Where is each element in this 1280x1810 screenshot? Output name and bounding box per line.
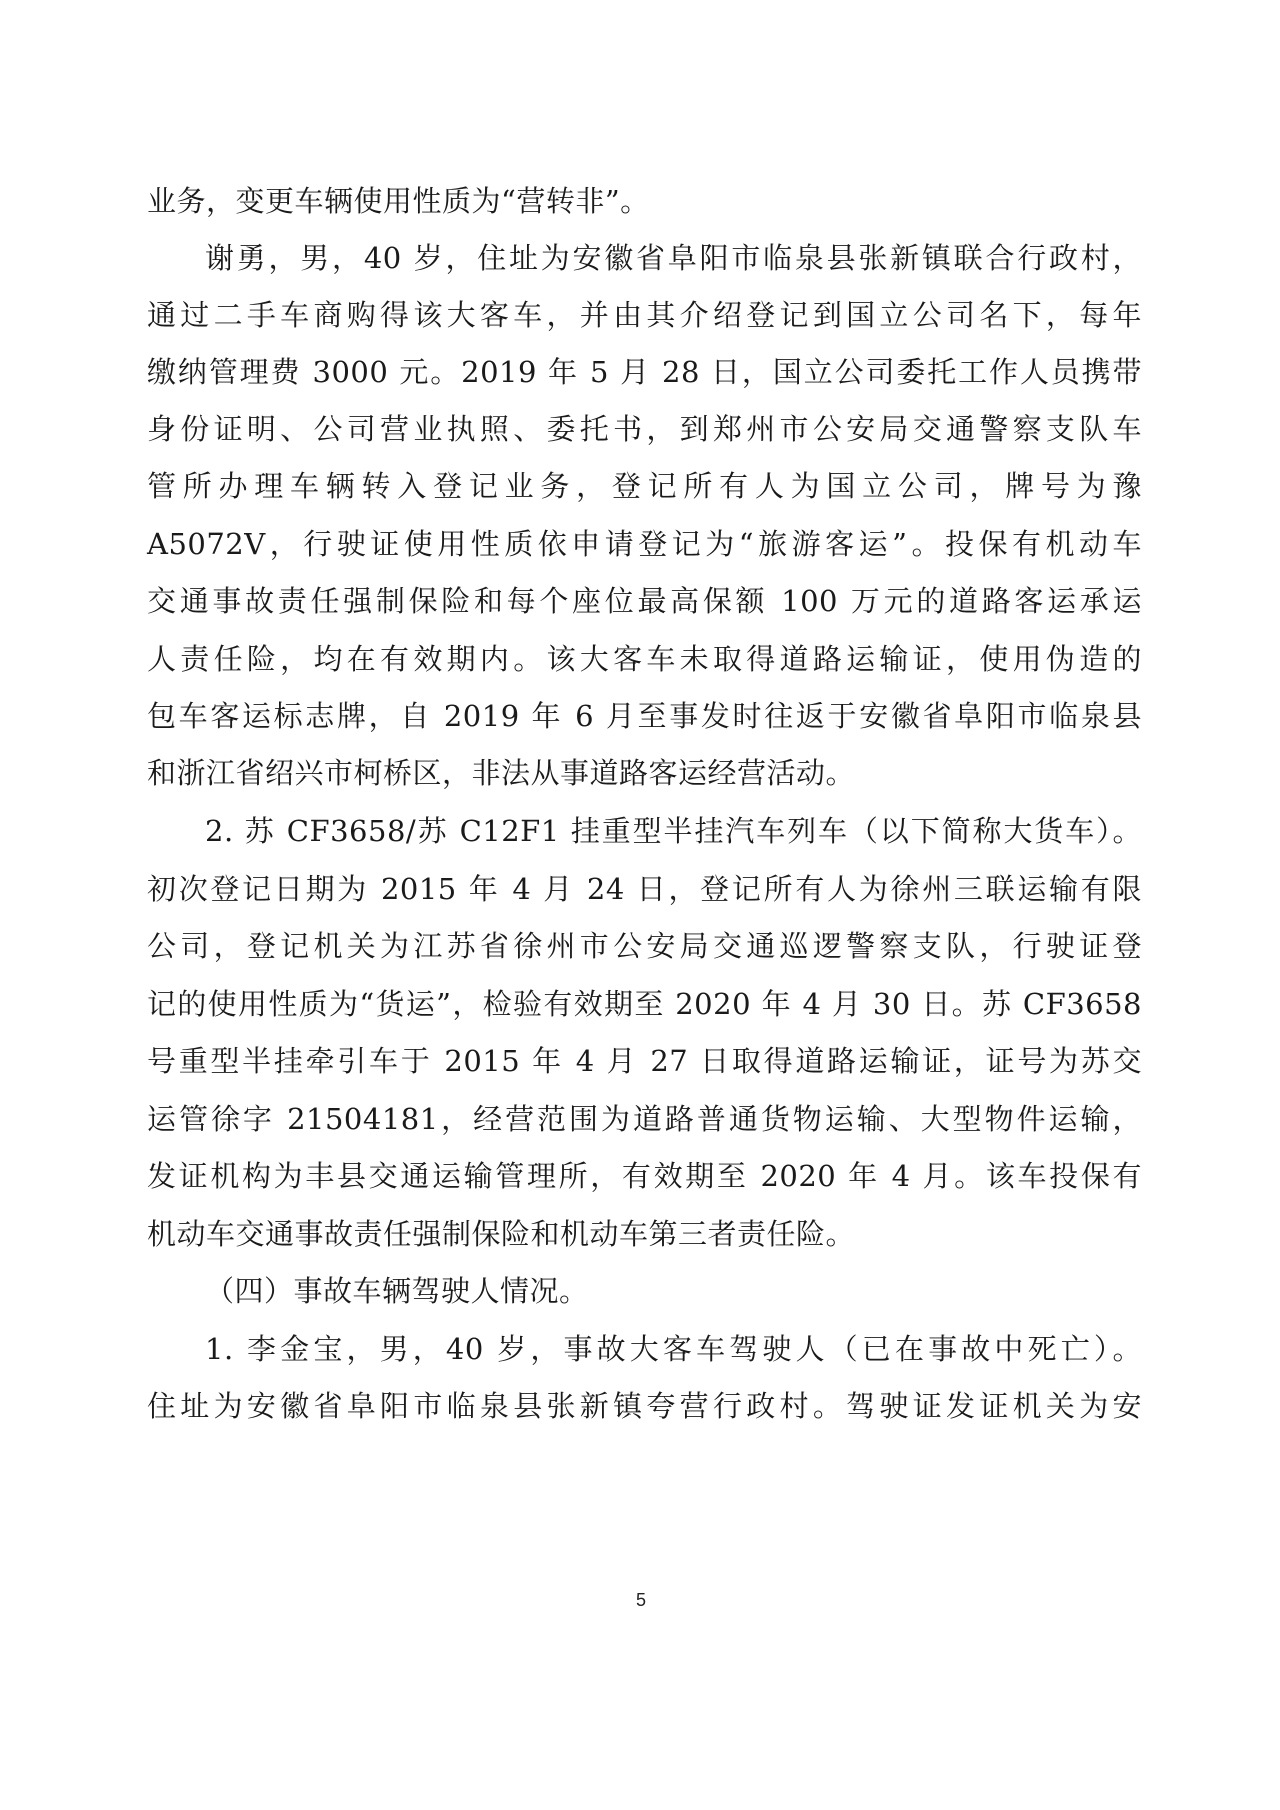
text-line: 和浙江省绍兴市柯桥区，非法从事道路客运经营活动。 — [147, 753, 1142, 793]
text-line: 身份证明、公司营业执照、委托书，到郑州市公安局交通警察支队车 — [147, 409, 1142, 449]
text-line: 通过二手车商购得该大客车，并由其介绍登记到国立公司名下，每年 — [147, 295, 1142, 335]
text-line: 运管徐字 21504181，经营范围为道路普通货物运输、大型物件运输， — [147, 1099, 1142, 1139]
text-line: 业务，变更车辆使用性质为“营转非”。 — [147, 181, 1142, 221]
text-line: 包车客运标志牌，自 2019 年 6 月至事发时往返于安徽省阜阳市临泉县 — [147, 696, 1142, 736]
text-line: 公司，登记机关为江苏省徐州市公安局交通巡逻警察支队，行驶证登 — [147, 926, 1142, 966]
page-number: 5 — [630, 1588, 652, 1612]
section-heading: （四）事故车辆驾驶人情况。 — [205, 1271, 1142, 1311]
paragraph-start-line: 谢勇，男，40 岁，住址为安徽省阜阳市临泉县张新镇联合行政村， — [205, 238, 1142, 278]
text-line: 住址为安徽省阜阳市临泉县张新镇夸营行政村。驾驶证发证机关为安 — [147, 1386, 1142, 1426]
text-line: 管所办理车辆转入登记业务，登记所有人为国立公司，牌号为豫 — [147, 466, 1142, 506]
text-line: 机动车交通事故责任强制保险和机动车第三者责任险。 — [147, 1214, 1142, 1254]
text-line: 号重型半挂牵引车于 2015 年 4 月 27 日取得道路运输证，证号为苏交 — [147, 1041, 1142, 1081]
text-line: 交通事故责任强制保险和每个座位最高保额 100 万元的道路客运承运 — [147, 581, 1142, 621]
paragraph-start-line: 1. 李金宝，男，40 岁，事故大客车驾驶人（已在事故中死亡）。 — [205, 1329, 1142, 1369]
text-line: 记的使用性质为“货运”，检验有效期至 2020 年 4 月 30 日。苏 CF3… — [147, 984, 1142, 1024]
text-line: 初次登记日期为 2015 年 4 月 24 日，登记所有人为徐州三联运输有限 — [147, 869, 1142, 909]
text-line: A5072V，行驶证使用性质依申请登记为“旅游客运”。投保有机动车 — [147, 524, 1142, 564]
document-page: 业务，变更车辆使用性质为“营转非”。 谢勇，男，40 岁，住址为安徽省阜阳市临泉… — [0, 0, 1280, 1810]
text-line: 人责任险，均在有效期内。该大客车未取得道路运输证，使用伪造的 — [147, 639, 1142, 679]
text-line: 发证机构为丰县交通运输管理所，有效期至 2020 年 4 月。该车投保有 — [147, 1156, 1142, 1196]
text-line: 缴纳管理费 3000 元。2019 年 5 月 28 日，国立公司委托工作人员携… — [147, 352, 1142, 392]
paragraph-start-line: 2. 苏 CF3658/苏 C12F1 挂重型半挂汽车列车（以下简称大货车）。 — [205, 811, 1142, 851]
